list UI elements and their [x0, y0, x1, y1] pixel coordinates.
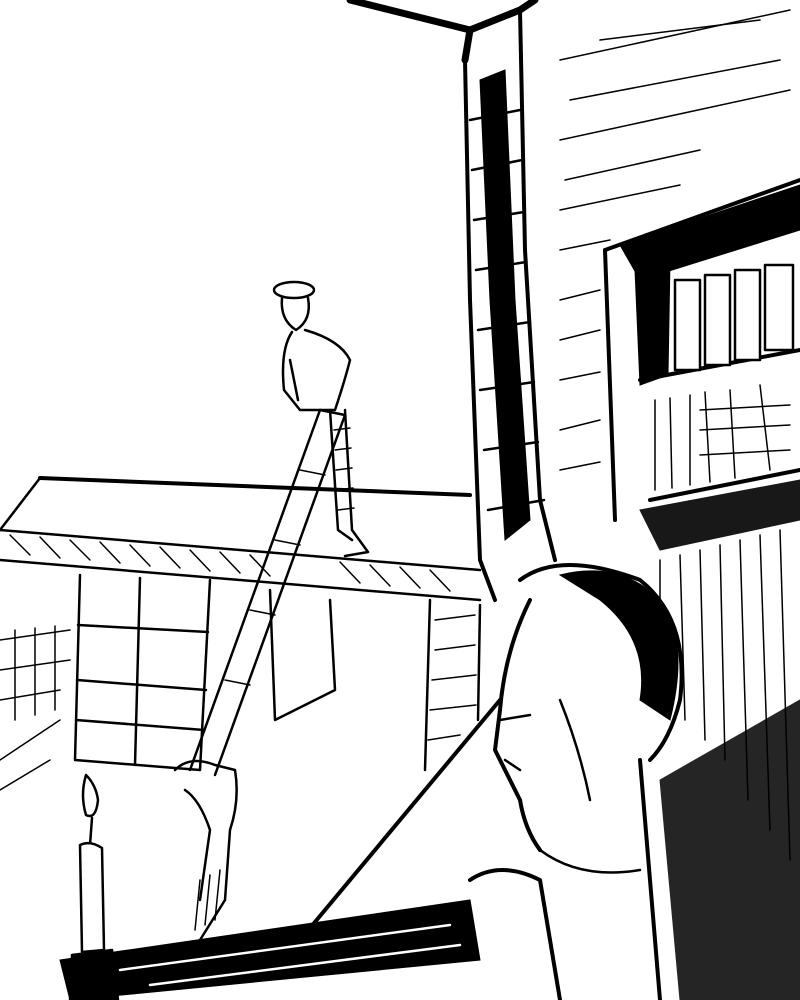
illustration: [0, 0, 800, 1000]
